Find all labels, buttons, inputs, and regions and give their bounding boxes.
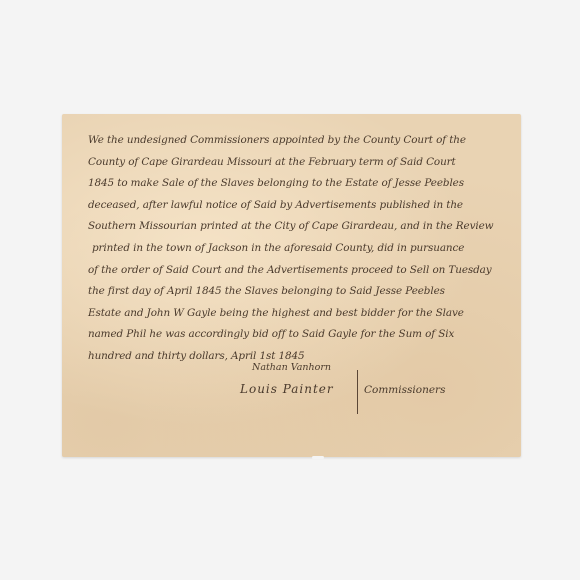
signature-louis-painter: Louis Painter (240, 382, 334, 396)
manuscript-line: deceased, after lawful notice of Said by… (88, 195, 503, 217)
manuscript-line: named Phil he was accordingly bid off to… (88, 324, 503, 346)
signature-role: Commissioners (364, 384, 445, 396)
manuscript-line: Southern Missourian printed at the City … (88, 216, 503, 238)
manuscript-line: Estate and John W Gayle being the highes… (88, 303, 503, 325)
signature-nathan-vanhorn: Nathan Vanhorn (252, 362, 331, 373)
manuscript-line: County of Cape Girardeau Missouri at the… (88, 152, 503, 174)
manuscript-body: We the undesigned Commissioners appointe… (88, 130, 503, 368)
manuscript-line: We the undesigned Commissioners appointe… (88, 130, 503, 152)
manuscript-line: of the order of Said Court and the Adver… (88, 260, 503, 282)
manuscript-line: the first day of April 1845 the Slaves b… (88, 281, 503, 303)
manuscript-page: We the undesigned Commissioners appointe… (62, 114, 521, 457)
manuscript-line: printed in the town of Jackson in the af… (88, 238, 503, 260)
manuscript-line: 1845 to make Sale of the Slaves belongin… (88, 173, 503, 195)
brace-mark (357, 370, 364, 414)
